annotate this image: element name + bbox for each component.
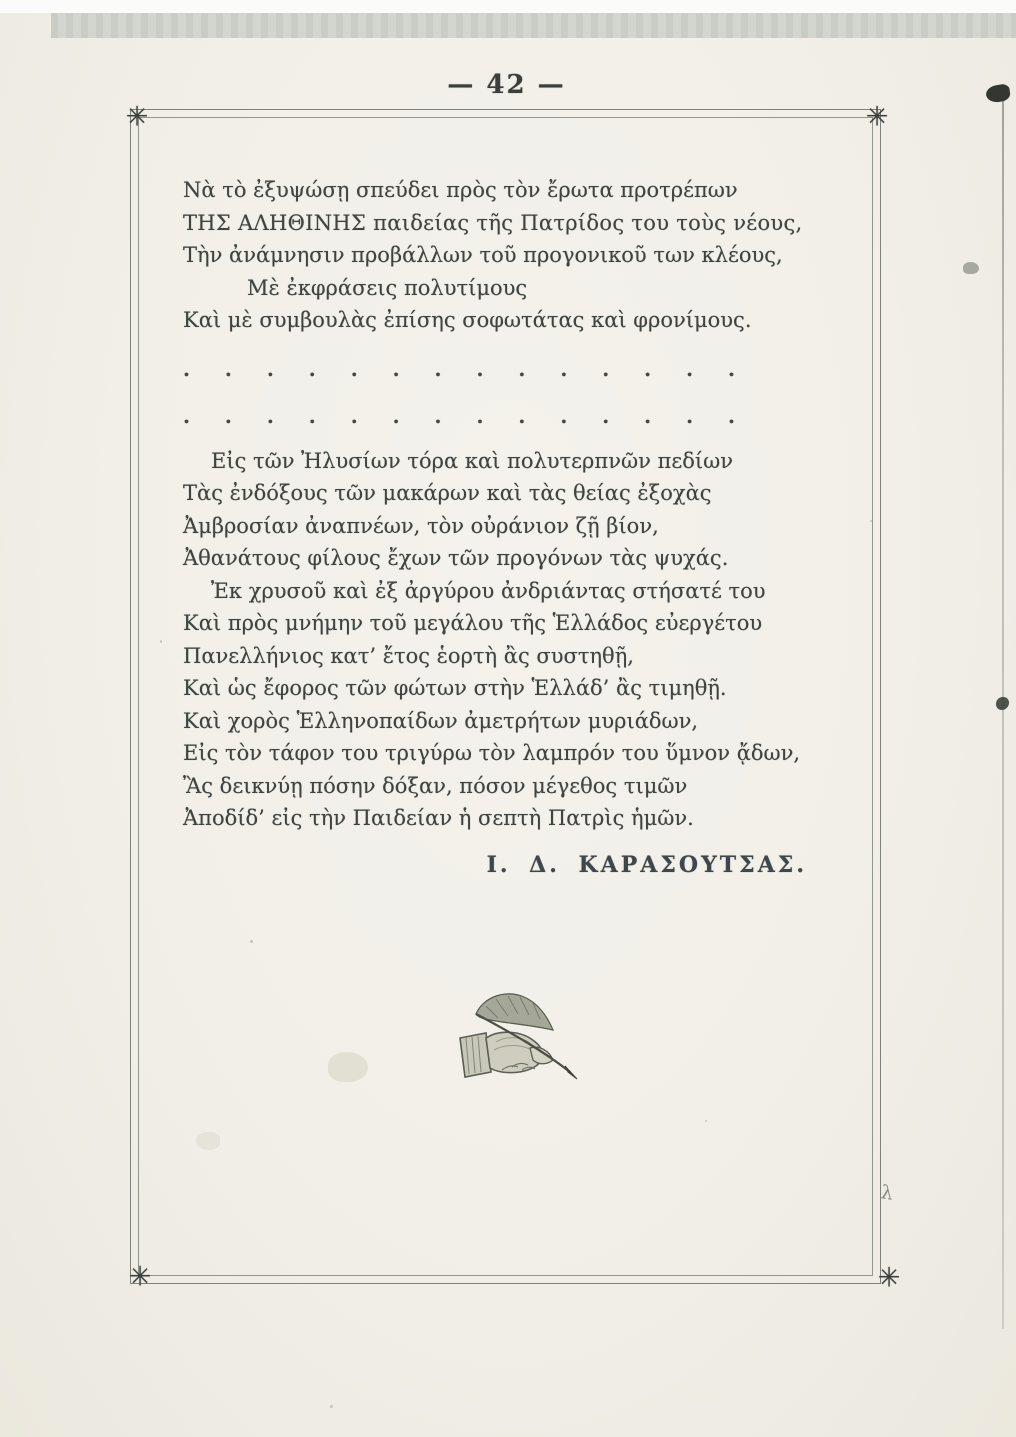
page-edge-smudge [963, 262, 979, 274]
paper-stain [196, 1132, 220, 1150]
scan-top-margin [0, 0, 1016, 13]
page-edge-ink-blot [985, 83, 1011, 103]
paper-speck [330, 1405, 333, 1408]
corner-asterisk-icon: ✳ [866, 102, 889, 133]
poem-line: Καὶ χορὸς Ἑλληνοπαίδων ἀμετρήτων μυριάδω… [183, 705, 851, 738]
paper-speck [250, 940, 253, 943]
poem-line: Νὰ τὸ ἐξυψώσῃ σπεύδει πρὸς τὸν ἔρωτα προ… [183, 174, 851, 207]
corner-asterisk-icon: ✳ [878, 1263, 901, 1294]
paper-speck [705, 1120, 707, 1122]
poem-line: Καὶ μὲ συμβουλὰς ἐπίσης σοφωτάτας καὶ φρ… [183, 304, 851, 337]
poem-line: Εἰς τὸν τάφον του τριγύρω τὸν λαμπρόν το… [183, 737, 851, 770]
poem-line: Ἀθανάτους φίλους ἔχων τῶν προγόνων τὰς ψ… [183, 542, 851, 575]
poem-line: Ἀποδίδ’ εἰς τὴν Παιδείαν ἡ σεπτὴ Πατρὶς … [183, 802, 851, 835]
poem-line: Ἂς δεικνύῃ πόσην δόξαν, πόσον μέγεθος τι… [183, 770, 851, 803]
poem-line: Καὶ ὡς ἔφορος τῶν φώτων στὴν Ἑλλάδ’ ἂς τ… [183, 672, 851, 705]
poem-line: Ἐκ χρυσοῦ καὶ ἐξ ἀργύρου ἀνδριάντας στήσ… [183, 575, 851, 608]
poem-line: ΤΗΣ ΑΛΗΘΙΝΗΣ παιδείας τῆς Πατρίδος του τ… [183, 207, 851, 240]
quill-hand-ornament [450, 988, 590, 1080]
page-number: — 42 — [133, 70, 880, 100]
margin-pencil-mark: λ [880, 1181, 895, 1204]
corner-asterisk-icon: ✳ [126, 102, 149, 133]
poem-line: Καὶ πρὸς μνήμην τοῦ μεγάλου τῆς Ἑλλάδος … [183, 607, 851, 640]
author-signature: Ι. Δ. ΚΑΡΑΣΟΥΤΣΑΣ. [183, 852, 843, 878]
ellipsis-row: . . . . . . . . . . . . . . [183, 400, 851, 433]
scan-top-edge-band [51, 13, 1016, 38]
paper-speck [160, 640, 162, 643]
poem-line: Εἰς τῶν Ἠλυσίων τόρα καὶ πολυτερπνῶν πεδ… [183, 445, 851, 478]
poem-line: Μὲ ἐκφράσεις πολυτίμους [183, 272, 851, 305]
poem-line: Ἀμβροσίαν ἀναπνέων, τὸν οὐράνιον ζῇ βίον… [183, 510, 851, 543]
poem-line: Τὴν ἀνάμνησιν προβάλλων τοῦ προγονικοῦ τ… [183, 239, 851, 272]
paper-stain [328, 1052, 368, 1082]
poem-line: Πανελλήνιος κατ’ ἔτος ἑορτὴ ἂς συστηθῇ, [183, 640, 851, 673]
book-page-scan: — 42 — ✳ ✳ ✳ ✳ Νὰ τὸ ἐξυψώσῃ σπεύδει πρὸ… [0, 0, 1016, 1437]
page-edge-smudge [996, 697, 1009, 710]
paper-speck [870, 520, 872, 522]
ellipsis-row: . . . . . . . . . . . . . . [183, 353, 851, 386]
corner-asterisk-icon: ✳ [129, 1262, 152, 1293]
poem-line: Τὰς ἐνδόξους τῶν μακάρων καὶ τὰς θείας ἐ… [183, 477, 851, 510]
poem-text-block: Νὰ τὸ ἐξυψώσῃ σπεύδει πρὸς τὸν ἔρωτα προ… [183, 174, 851, 835]
